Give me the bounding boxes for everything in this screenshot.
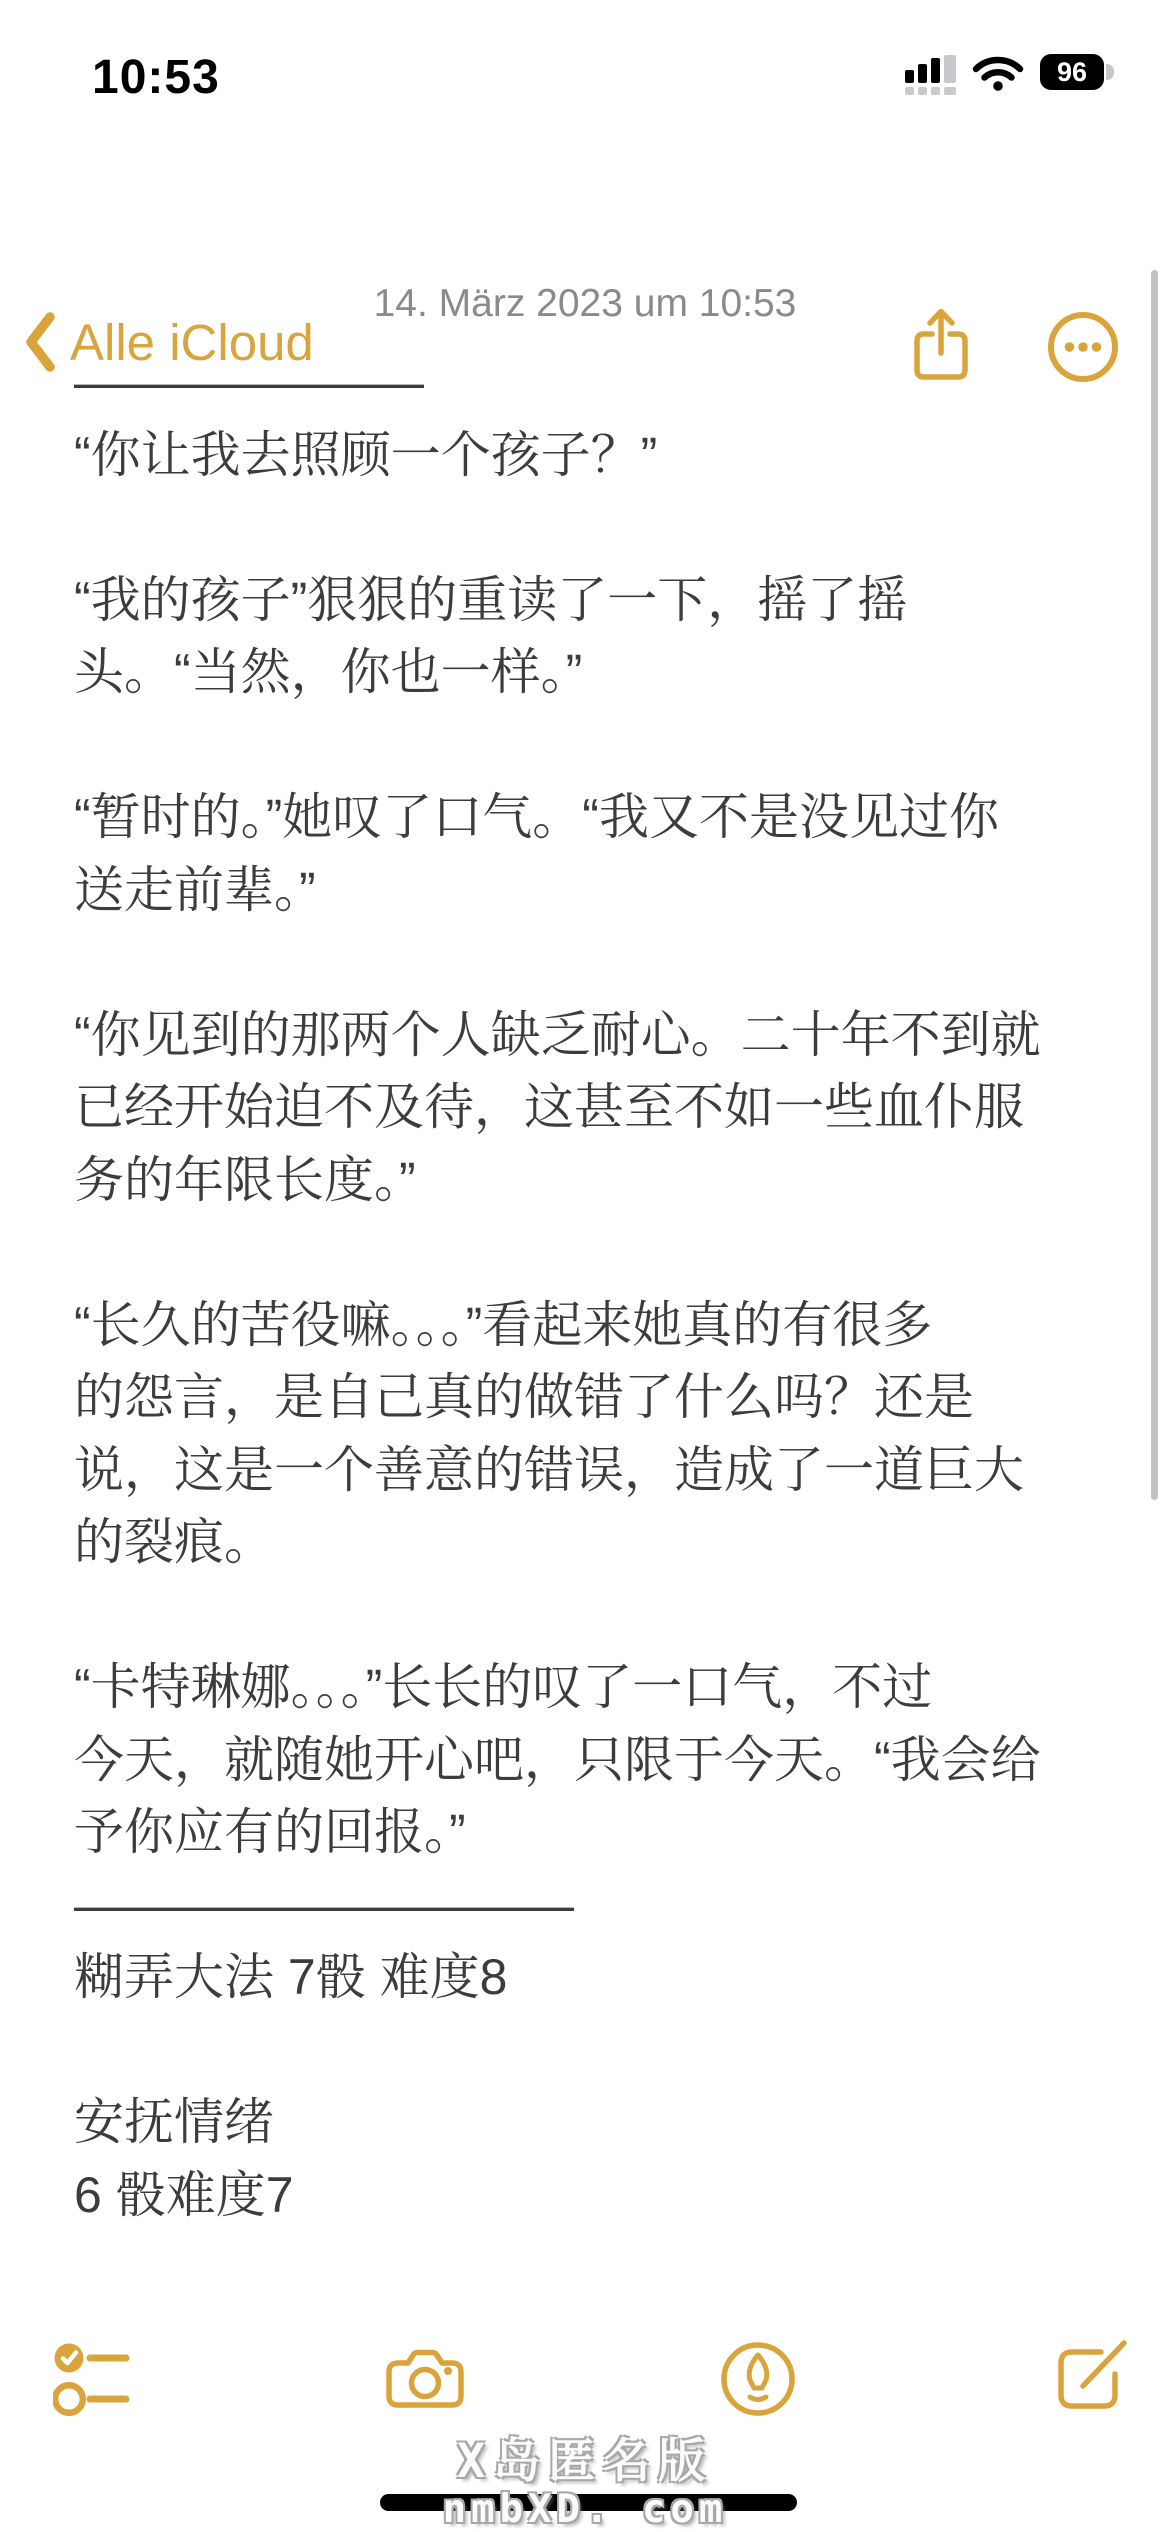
note-line: 安抚情绪 [74,2086,1098,2159]
note-blank-line [74,926,1098,999]
markup-button[interactable] [703,2333,813,2425]
note-line: “长久的苦役嘛。。。”看起来她真的有很多 [74,1289,1098,1362]
camera-button[interactable] [370,2333,480,2425]
note-line: “你让我去照顾一个孩子？” [74,419,1098,492]
note-line: 予你应有的回报。” [74,1796,1098,1869]
cellular-signal-icon [905,55,956,95]
note-blank-line [74,1216,1098,1289]
note-date-header: 14. März 2023 um 10:53 [0,282,1170,326]
watermark-line2: nmbXD. com [0,2487,1170,2532]
status-time: 10:53 [92,50,220,105]
note-line: —————————— [74,1869,1098,1942]
camera-icon [383,2349,467,2409]
note-line: 的怨言，是自己真的做错了什么吗？还是 [74,1361,1098,1434]
note-blank-line [74,1579,1098,1652]
note-line: 务的年限长度。” [74,1144,1098,1217]
note-line: 6 骰难度7 [74,2159,1098,2232]
note-line: ——————— [74,346,1098,419]
note-line: 已经开始迫不及待，这甚至不如一些血仆服 [74,1071,1098,1144]
note-blank-line [74,709,1098,782]
note-body-text[interactable]: ———————“你让我去照顾一个孩子？” “我的孩子”狠狠的重读了一下，摇了摇头… [74,346,1098,2231]
nav-bar: Alle iCloud [0,140,1170,260]
checklist-button[interactable] [37,2333,147,2425]
note-line: 说，这是一个善意的错误，造成了一道巨大 [74,1434,1098,1507]
battery-icon: 96 [1040,54,1104,90]
note-line: “暂时的。”她叹了口气。“我又不是没见过你 [74,781,1098,854]
markup-icon [719,2340,797,2418]
note-line: 今天，就随她开心吧，只限于今天。“我会给 [74,1724,1098,1797]
note-line: 的裂痕。 [74,1506,1098,1579]
checklist-icon [53,2341,131,2417]
compose-icon [1049,2338,1131,2420]
note-line: 头。“当然，你也一样。” [74,636,1098,709]
note-blank-line [74,491,1098,564]
note-line: 送走前辈。” [74,854,1098,927]
watermark-line1: X岛匿名版 [0,2424,1170,2491]
compose-button[interactable] [1035,2333,1145,2425]
note-line: “我的孩子”狠狠的重读了一下，摇了摇 [74,564,1098,637]
notes-app-screen: 10:53 96 [0,0,1170,2532]
note-line: “你见到的那两个人缺乏耐心。二十年不到就 [74,999,1098,1072]
wifi-icon [976,60,1020,91]
scrollbar[interactable] [1151,270,1158,1500]
note-blank-line [74,2014,1098,2087]
note-line: 糊弄大法 7骰 难度8 [74,1941,1098,2014]
note-line: “卡特琳娜。。。”长长的叹了一口气，不过 [74,1651,1098,1724]
